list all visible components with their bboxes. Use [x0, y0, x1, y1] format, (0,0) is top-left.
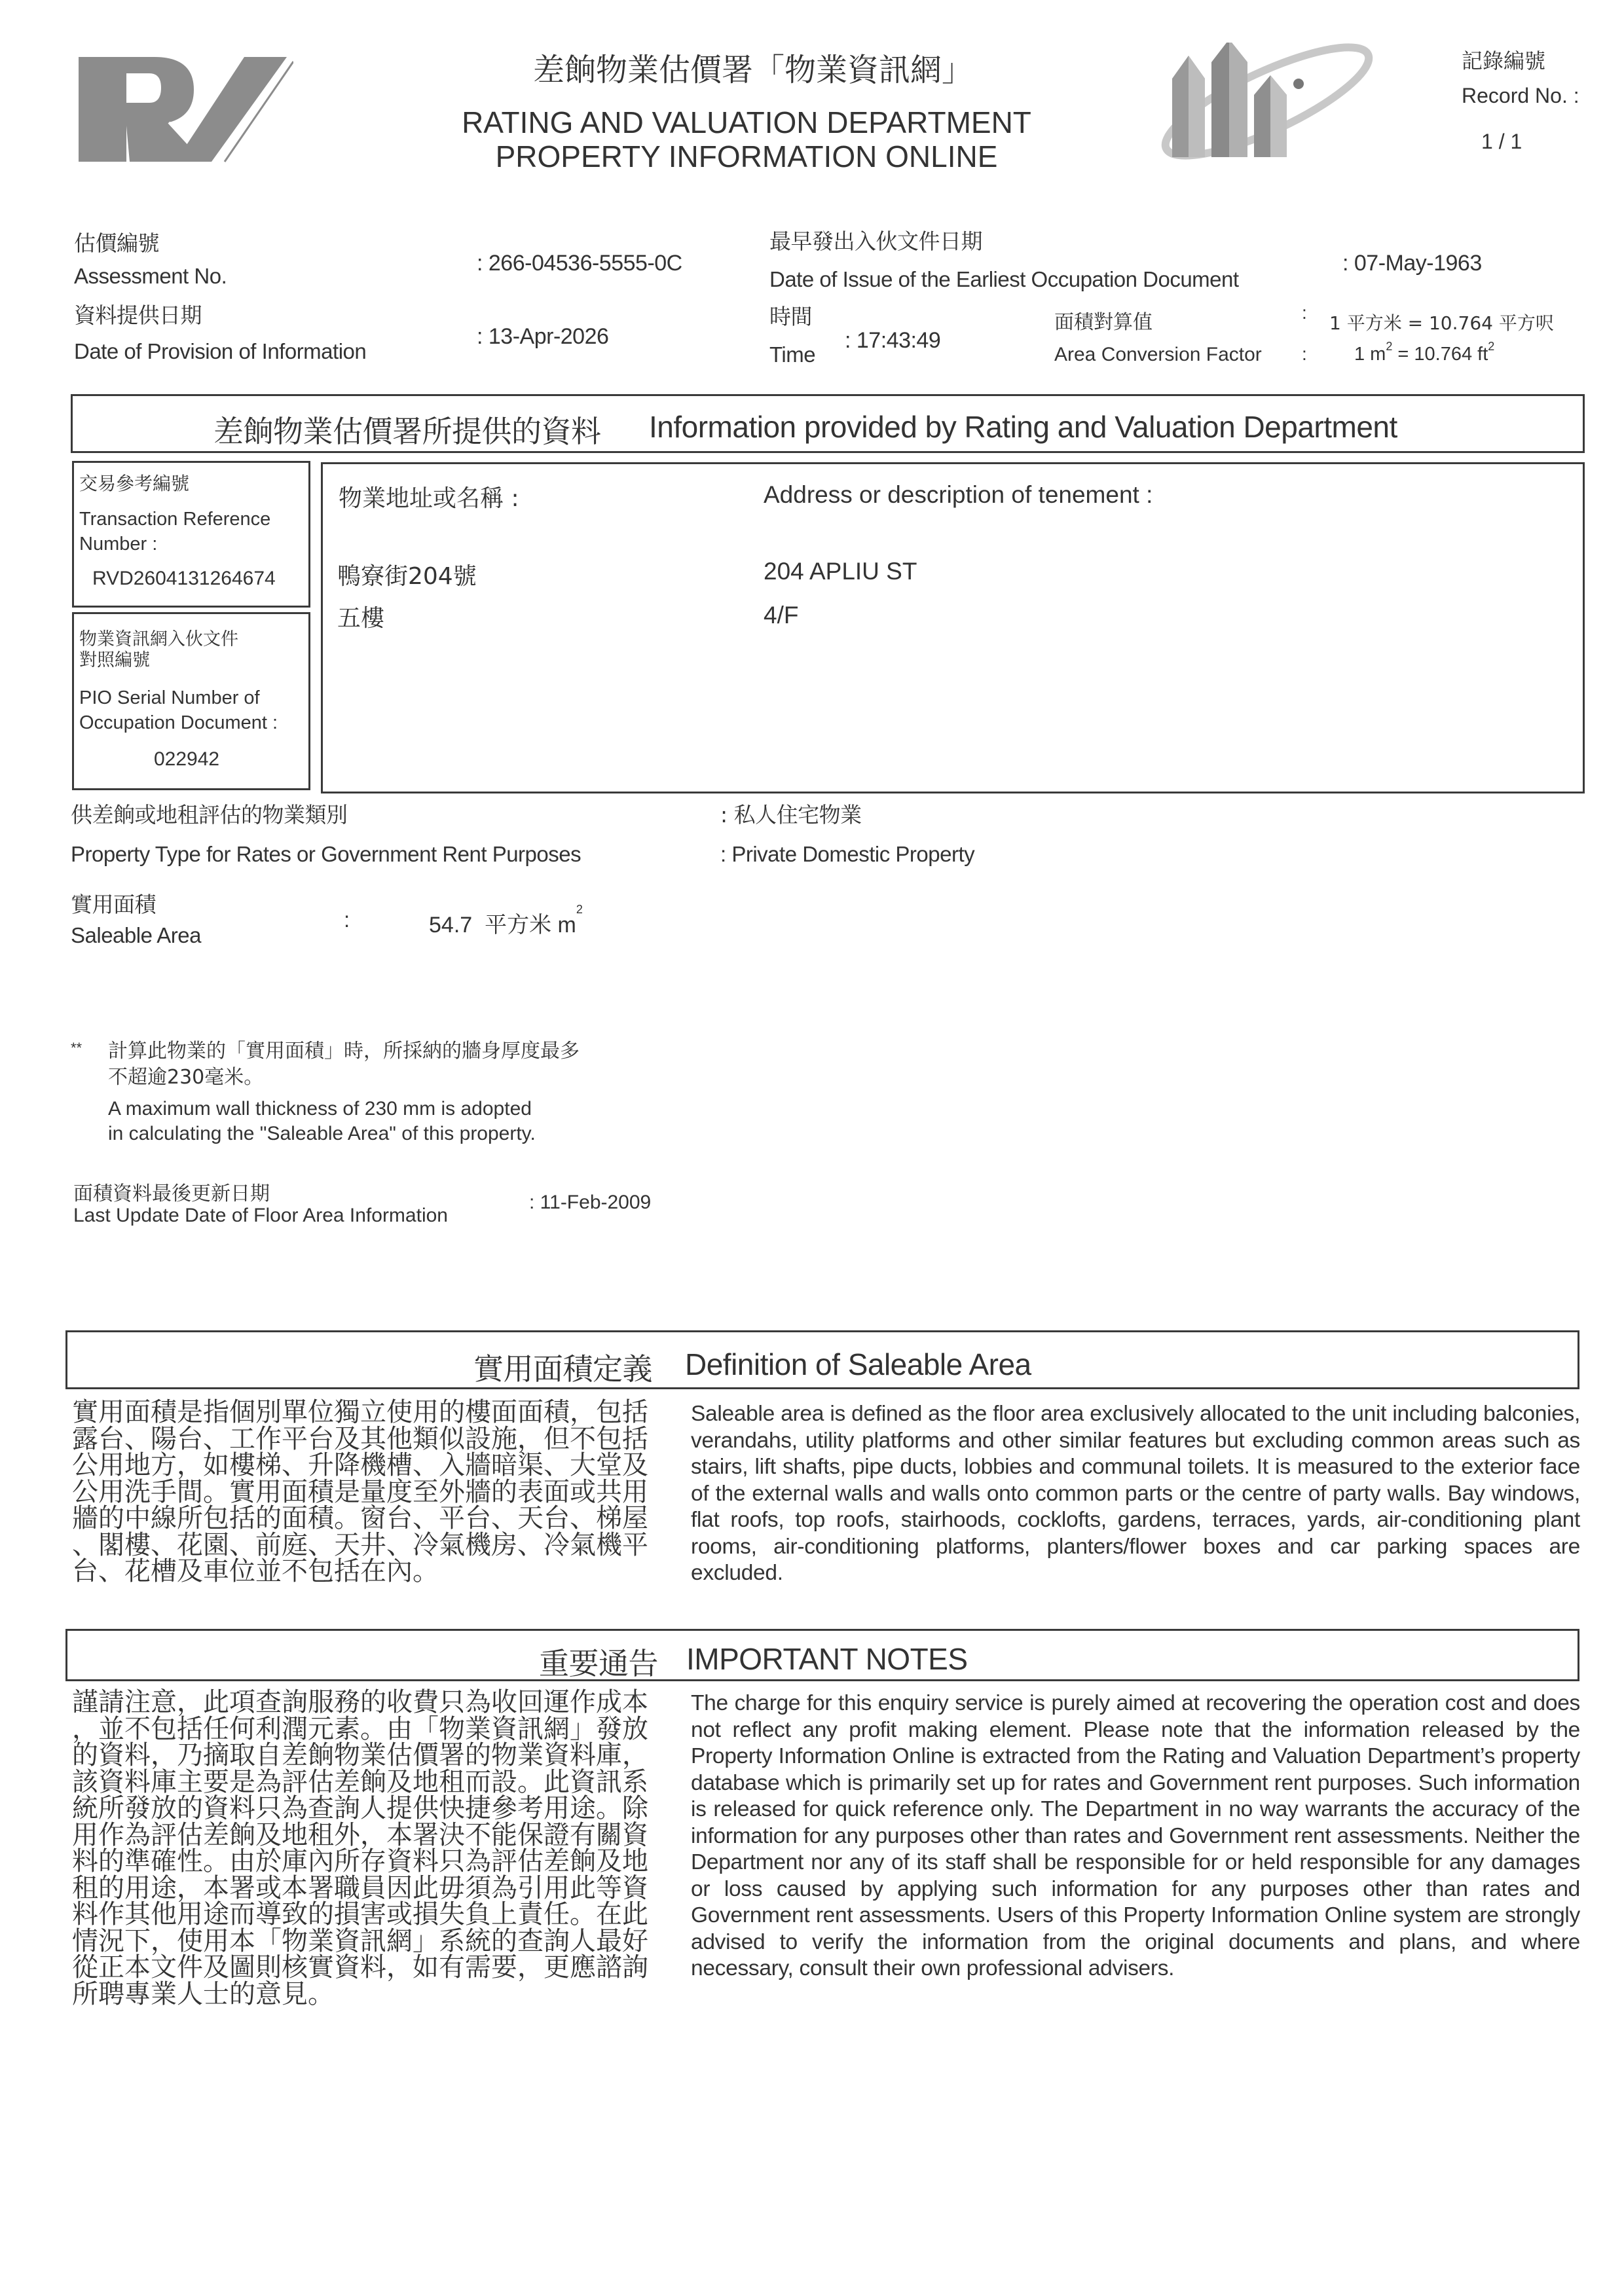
- wall-note-cn-line-2: 不超逾230毫米。: [108, 1061, 263, 1089]
- address-en-line-2: 4/F: [764, 602, 798, 629]
- property-type-label-en: Property Type for Rates or Government Re…: [71, 843, 581, 865]
- info-banner-cn: 差餉物業估價署所提供的資料: [213, 408, 601, 451]
- area-conversion-label-en: Area Conversion Factor: [1054, 344, 1262, 366]
- pio-serial-label-cn-2: 對照編號: [79, 646, 150, 671]
- sup-2: 2: [1386, 340, 1392, 353]
- time-label-cn: 時間: [769, 306, 812, 327]
- definition-cn-line: 台、花槽及車位並不包括在內。: [72, 1558, 674, 1585]
- notes-cn-line: 所聘專業人士的意見。: [72, 1981, 674, 2008]
- date-provision-label-en: Date of Provision of Information: [74, 340, 366, 362]
- area-conversion-colon-2: :: [1302, 344, 1307, 365]
- address-label-en: Address or description of tenement :: [764, 481, 1153, 509]
- transaction-ref-label-en-1: Transaction Reference: [79, 509, 270, 530]
- sup-2: 2: [1488, 340, 1494, 353]
- saleable-area-unit-en: m: [558, 913, 576, 938]
- notes-cn-line: 租的用途，本署或本署職員因此毋須為引用此等資: [72, 1875, 674, 1902]
- saleable-area-number: 54.7: [429, 913, 472, 938]
- earliest-occupation-label-cn: 最早發出入伙文件日期: [769, 230, 982, 252]
- wall-note-en-line-2: in calculating the "Saleable Area" of th…: [108, 1123, 536, 1145]
- property-type-value-cn: : 私人住宅物業: [720, 804, 862, 826]
- notes-cn-line: 的資料，乃摘取自差餉物業估價署的物業資料庫，: [72, 1742, 674, 1769]
- buildings-logo-icon: [1149, 43, 1385, 160]
- area-conversion-ft: = 10.764 ft: [1392, 344, 1488, 365]
- date-provision-value: : 13-Apr-2026: [477, 325, 608, 348]
- saleable-area-label-cn: 實用面積: [71, 894, 156, 915]
- area-conversion-value-cn: 1 平方米 = 10.764 平方呎: [1329, 309, 1554, 335]
- transaction-reference-box: 交易參考編號 Transaction Reference Number : RV…: [72, 461, 310, 608]
- pio-serial-value: 022942: [154, 748, 219, 771]
- notes-cn-line: 該資料庫主要是為評估差餉及地租而設。此資訊系: [72, 1769, 674, 1796]
- definition-cn-line: 露台、陽台、工作平台及其他類似設施，但不包括: [72, 1426, 674, 1453]
- saleable-area-label-en: Saleable Area: [71, 924, 201, 946]
- notes-cn-line: 用作為評估差餉及地租外，本署決不能保證有關資: [72, 1822, 674, 1849]
- pio-serial-label-en-2: Occupation Document :: [79, 712, 278, 734]
- record-no-label-en: Record No. :: [1462, 84, 1579, 108]
- definition-cn-line: 公用洗手間。實用面積是量度至外牆的表面或共用: [72, 1479, 674, 1506]
- wall-note-en-line-1: A maximum wall thickness of 230 mm is ad…: [108, 1098, 532, 1120]
- notes-cn-line: ，並不包括任何利潤元素。由「物業資訊網」發放: [72, 1716, 674, 1743]
- last-update-label-en: Last Update Date of Floor Area Informati…: [73, 1205, 448, 1227]
- definition-text-cn: 實用面積是指個別單位獨立使用的樓面面積，包括 露台、陽台、工作平台及其他類似設施…: [72, 1399, 674, 1585]
- date-provision-label-cn: 資料提供日期: [74, 304, 202, 326]
- notes-cn-line: 情況下，使用本「物業資訊網」系統的查詢人最好: [72, 1928, 674, 1955]
- important-notes-text-en: The charge for this enquiry service is p…: [691, 1690, 1580, 1982]
- area-conversion-value-en: 1 m2 = 10.764 ft2: [1354, 344, 1494, 365]
- saleable-area-unit-cn: 平方米: [485, 912, 551, 938]
- address-label-cn: 物業地址或名稱 :: [339, 480, 519, 513]
- definition-text-en: Saleable area is defined as the floor ar…: [691, 1401, 1580, 1587]
- definition-banner-cn: 實用面積定義: [473, 1345, 652, 1389]
- definition-banner-en: Definition of Saleable Area: [685, 1347, 1031, 1382]
- last-update-value: : 11-Feb-2009: [529, 1192, 651, 1214]
- time-label-en: Time: [769, 344, 815, 365]
- last-update-label-cn: 面積資料最後更新日期: [73, 1177, 270, 1206]
- important-notes-text-cn: 謹請注意，此項查詢服務的收費只為收回運作成本 ，並不包括任何利潤元素。由「物業資…: [72, 1689, 674, 2007]
- important-notes-banner: 重要通告 IMPORTANT NOTES: [65, 1629, 1579, 1681]
- area-conversion-label-cn: 面積對算值: [1054, 306, 1153, 335]
- assessment-no-label-en: Assessment No.: [74, 265, 227, 287]
- info-banner-en: Information provided by Rating and Valua…: [649, 409, 1397, 445]
- info-banner: 差餉物業估價署所提供的資料 Information provided by Ra…: [71, 394, 1585, 453]
- area-conversion-colon-1: :: [1302, 302, 1307, 323]
- time-value: : 17:43:49: [845, 329, 940, 352]
- pio-serial-box: 物業資訊網入伙文件 對照編號 PIO Serial Number of Occu…: [72, 612, 310, 790]
- definition-cn-line: 、閣樓、花園、前庭、天井、冷氣機房、冷氣機平: [72, 1532, 674, 1559]
- record-no-label-cn: 記錄編號: [1462, 45, 1545, 75]
- notes-cn-line: 料作其他用途而導致的損害或損失負上責任。在此: [72, 1901, 674, 1928]
- saleable-area-colon: :: [344, 909, 350, 930]
- assessment-no-value: : 266-04536-5555-0C: [477, 252, 682, 274]
- property-type-label-cn: 供差餉或地租評估的物業類別: [71, 804, 348, 826]
- important-notes-banner-cn: 重要通告: [539, 1640, 658, 1683]
- note-marker: **: [71, 1040, 82, 1057]
- definition-banner: 實用面積定義 Definition of Saleable Area: [65, 1330, 1579, 1389]
- address-cn-line-1: 鴨寮街204號: [337, 558, 477, 591]
- transaction-ref-label-cn: 交易參考編號: [79, 469, 189, 496]
- earliest-occupation-value: : 07-May-1963: [1342, 252, 1482, 274]
- definition-cn-line: 實用面積是指個別單位獨立使用的樓面面積，包括: [72, 1399, 674, 1426]
- wall-note-cn-line-1: 計算此物業的「實用面積」時，所採納的牆身厚度最多: [108, 1034, 580, 1063]
- transaction-ref-value: RVD2604131264674: [92, 568, 276, 590]
- notes-cn-line: 謹請注意，此項查詢服務的收費只為收回運作成本: [72, 1689, 674, 1716]
- address-box: 物業地址或名稱 : Address or description of tene…: [321, 462, 1585, 793]
- address-en-line-1: 204 APLIU ST: [764, 558, 917, 585]
- earliest-occupation-label-en: Date of Issue of the Earliest Occupation…: [769, 268, 1239, 290]
- area-conversion-m: 1 m: [1354, 344, 1386, 365]
- definition-cn-line: 牆的中線所包括的面積。窗台、平台、天台、梯屋: [72, 1505, 674, 1532]
- notes-cn-line: 統所發放的資料只為查詢人提供快捷參考用途。除: [72, 1795, 674, 1822]
- assessment-no-label-cn: 估價編號: [74, 232, 159, 254]
- important-notes-banner-en: IMPORTANT NOTES: [686, 1641, 968, 1677]
- sup-2: 2: [576, 903, 583, 916]
- transaction-ref-label-en-2: Number :: [79, 534, 157, 555]
- property-type-value-en: : Private Domestic Property: [720, 843, 974, 865]
- notes-cn-line: 料的準確性。由於庫內所存資料只為評估差餉及地: [72, 1848, 674, 1875]
- saleable-area-value: 54.7 平方米 m2: [429, 907, 583, 939]
- notes-cn-line: 從正本文件及圖則核實資料，如有需要，更應諮詢: [72, 1954, 674, 1981]
- definition-cn-line: 公用地方，如樓梯、升降機槽、入牆暗渠、大堂及: [72, 1452, 674, 1479]
- record-no-value: 1 / 1: [1481, 130, 1522, 154]
- pio-serial-label-en-1: PIO Serial Number of: [79, 687, 260, 709]
- address-cn-line-2: 五樓: [337, 600, 384, 633]
